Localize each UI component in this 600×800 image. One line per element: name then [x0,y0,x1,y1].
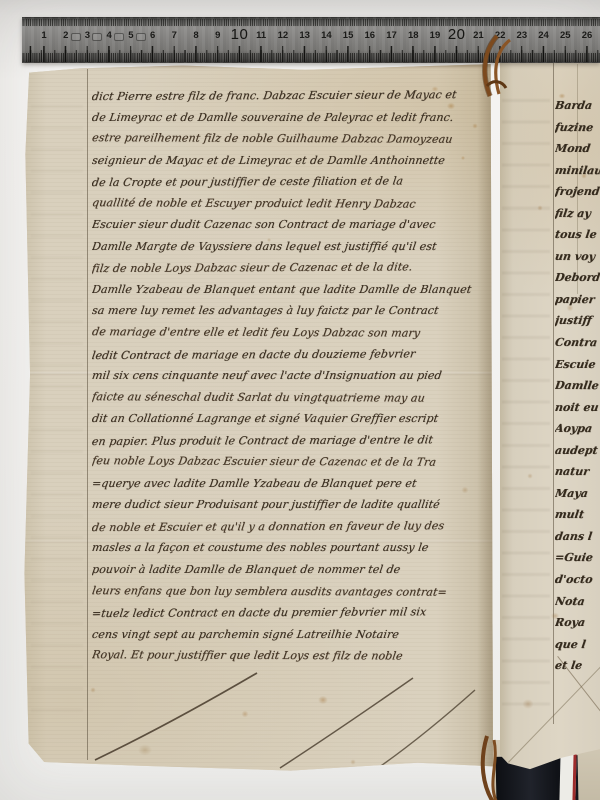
facing-page-line-fragment: Escuie [555,354,600,376]
facing-page-line-fragment: Debord [555,267,600,289]
facing-page-line-fragment: Contra [555,332,600,354]
ruler-number: 11 [256,30,266,41]
ruler-number: 20 [448,26,466,43]
manuscript-line: sa mere luy remet les advantages à luy f… [92,300,486,322]
facing-page-line-fragment: un voy [555,246,600,268]
ruler-ticks-top [22,19,600,26]
facing-page-margin-rule [553,61,554,724]
manuscript-line: de noble et Escuier et qu'il y a donnati… [92,515,486,539]
facing-page-line-fragment: dans l [555,526,600,548]
facing-page-line-fragment: Mond [555,138,600,160]
manuscript-line: =querye avec ladite Damlle Yzabeau de Bl… [92,473,486,495]
manuscript-line: de la Cropte et pour justiffier de ceste… [92,170,486,194]
manuscript-line: dit an Collationné Lagrange et signé Vaq… [92,408,486,430]
manuscript-line: de Limeyrac et de Damlle souveraine de P… [92,107,486,129]
facing-page-line-fragment: d'octo [555,569,600,591]
manuscript-line: dict Pierre estre filz de franc. Dabzac … [92,85,486,108]
ruler-number: 1 [41,30,46,41]
manuscript-line: pouvoir à ladite Damlle de Blanquet de n… [92,559,486,581]
facing-page-line-fragment: Roya [555,612,600,634]
facing-page-line-fragment: minilau [555,159,600,181]
ruler-number: 5 [128,30,133,41]
manuscript-line: Damlle Margte de Vayssiere dans lequel e… [92,236,486,258]
photograph: BardafuzineMondminilaufrojendfilz aytous… [0,0,600,800]
facing-page-line-fragment: justiff [555,310,600,332]
manuscript-page: dict Pierre estre filz de franc. Dabzac … [23,62,493,772]
ruler-number: 17 [386,30,397,41]
manuscript-text-block: dict Pierre estre filz de franc. Dabzac … [92,85,486,685]
ruler-number: 6 [150,30,155,41]
manuscript-line: en papier. Plus produit le Contract de m… [92,429,486,453]
facing-page-line-fragment: frojend [555,181,600,203]
manuscript-line: cens vingt sept au parchemin signé Latre… [92,624,486,646]
facing-page-line-fragment: fuzine [555,116,600,138]
ruler-number: 16 [365,30,376,41]
manuscript-line: mere dudict sieur Produisant pour justif… [92,494,486,516]
manuscript-line: =tuelz ledict Contract en dacte du premi… [92,601,486,625]
manuscript-line: masles a la façon et coustume des nobles… [92,537,486,559]
ruler-number: 19 [430,30,441,41]
ruler-number: 2 [63,30,68,41]
manuscript-line: de mariage d'entre elle et ledit feu Loy… [92,321,486,344]
ruler-number: 3 [85,30,90,41]
ruler-number: 14 [321,30,332,41]
facing-page-line-fragment: Aoypa [555,418,600,440]
facing-page-line-fragment: que l [555,634,600,656]
ruler-number: 12 [278,30,289,41]
ruler-number: 21 [473,30,484,41]
certification-mark-icon [71,33,81,41]
manuscript-line: leurs enfans que bon luy semblera ausdit… [92,580,486,603]
manuscript-line: Royal. Et pour justiffier que ledit Loys… [92,644,486,667]
facing-page: BardafuzineMondminilaufrojendfilz aytous… [500,56,600,772]
manuscript-line: quallité de noble et Escuyer produict le… [92,192,486,215]
ruler-number: 24 [538,30,549,41]
facing-page-line-fragment: tous le [555,224,600,246]
manuscript-line: feu noble Loys Dabzac Escuier sieur de C… [92,450,486,473]
ruler-number: 15 [343,30,354,41]
ruler-number: 8 [193,30,198,41]
facing-page-line-fragment: audept [555,440,600,462]
certification-mark-icon [92,33,102,41]
ruler-number: 22 [495,30,506,41]
facing-page-line-fragment: Barda [555,95,600,117]
facing-page-line-fragment: noit eu [555,397,600,419]
facing-page-line-fragment: =Guie [555,547,600,569]
certification-mark-icon [136,33,146,41]
manuscript-line: mil six cens cinquante neuf avec l'acte … [92,365,486,387]
red-edged-board [559,752,576,800]
ruler-number: 23 [517,30,528,41]
ruler-ticks-cm [22,46,600,62]
centimetre-ruler: 1234567891011121314151617181920212223242… [22,17,600,63]
certification-mark-icon [114,33,124,41]
facing-page-line-fragment: natur [555,461,600,483]
margin-rule [87,69,88,760]
toned-top-edge [23,62,493,69]
facing-page-lines: BardafuzineMondminilaufrojendfilz aytous… [555,95,600,695]
ruler-number: 26 [582,30,593,41]
manuscript-line: seignieur de Mayac et de Limeyrac et de … [92,150,486,172]
ruler-number: 13 [299,30,310,41]
show-through-marks [502,86,550,712]
facing-page-line-fragment: papier [555,289,600,311]
ruler-number: 18 [408,30,419,41]
facing-page-line-fragment: Damlle [555,375,600,397]
manuscript-line: estre pareilhement filz de noble Guilhau… [92,127,486,150]
manuscript-line: Escuier sieur dudit Cazenac son Contract… [92,214,486,236]
gutter-shadow [477,62,493,772]
facing-page-line-fragment: filz ay [555,203,600,225]
ruler-number: 7 [172,30,177,41]
ruler-number: 9 [215,30,220,41]
manuscript-line: ledit Contract de mariage en dacte du do… [92,343,486,367]
manuscript-line: filz de noble Loys Dabzac sieur de Cazen… [92,256,486,280]
manuscript-line: faicte au séneschal dudit Sarlat du ving… [92,386,486,409]
facing-page-line-fragment: Nota [555,590,600,612]
ruler-number: 25 [560,30,571,41]
facing-page-line-fragment: Maya [555,483,600,505]
manuscript-line: Damlle Yzabeau de Blanquet entant que la… [92,279,486,301]
ruler-number: 4 [107,30,112,41]
show-through-marks [31,92,83,712]
ruler-number: 10 [231,26,249,43]
facing-page-line-fragment: mult [555,504,600,526]
